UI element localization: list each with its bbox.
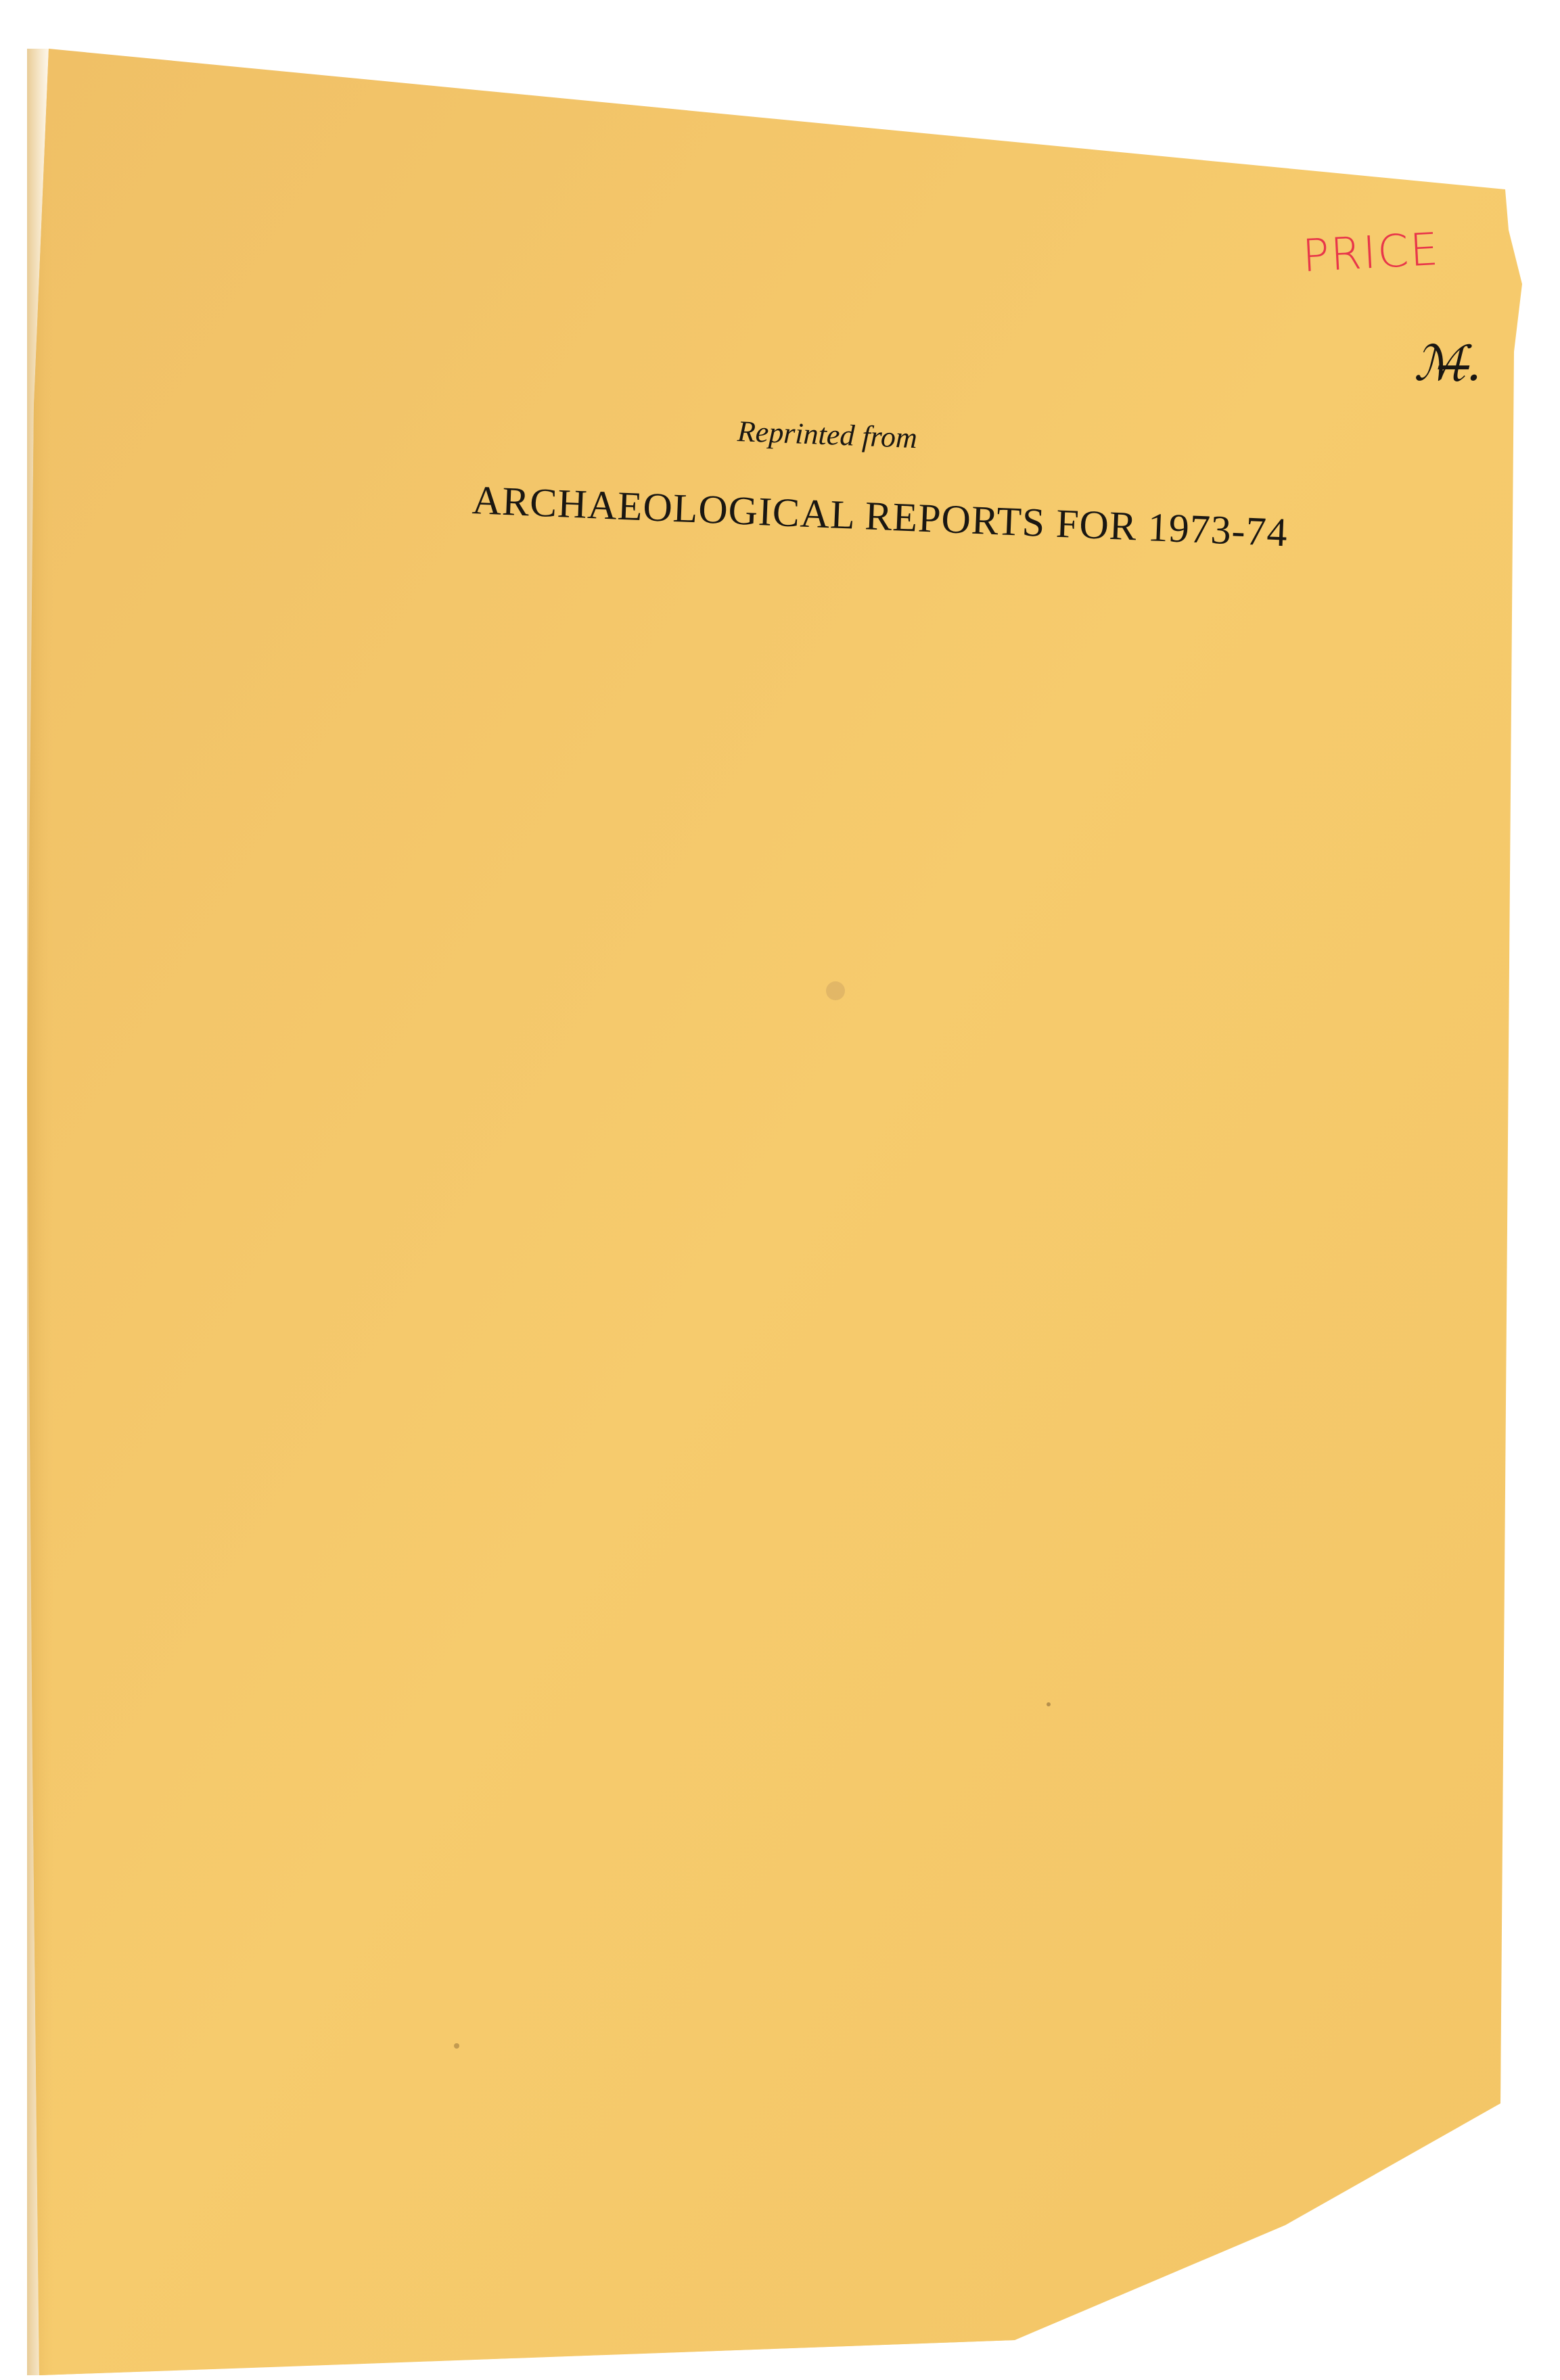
binding-edge-shadow	[27, 49, 54, 2375]
paper-spot	[826, 981, 845, 1000]
reprinted-from-text: Reprinted from	[737, 414, 918, 455]
handwritten-price-mark: ℳ̶.	[1414, 335, 1482, 392]
paper-cover	[0, 0, 1560, 2380]
handwritten-price-label: PRICE	[1301, 223, 1441, 283]
